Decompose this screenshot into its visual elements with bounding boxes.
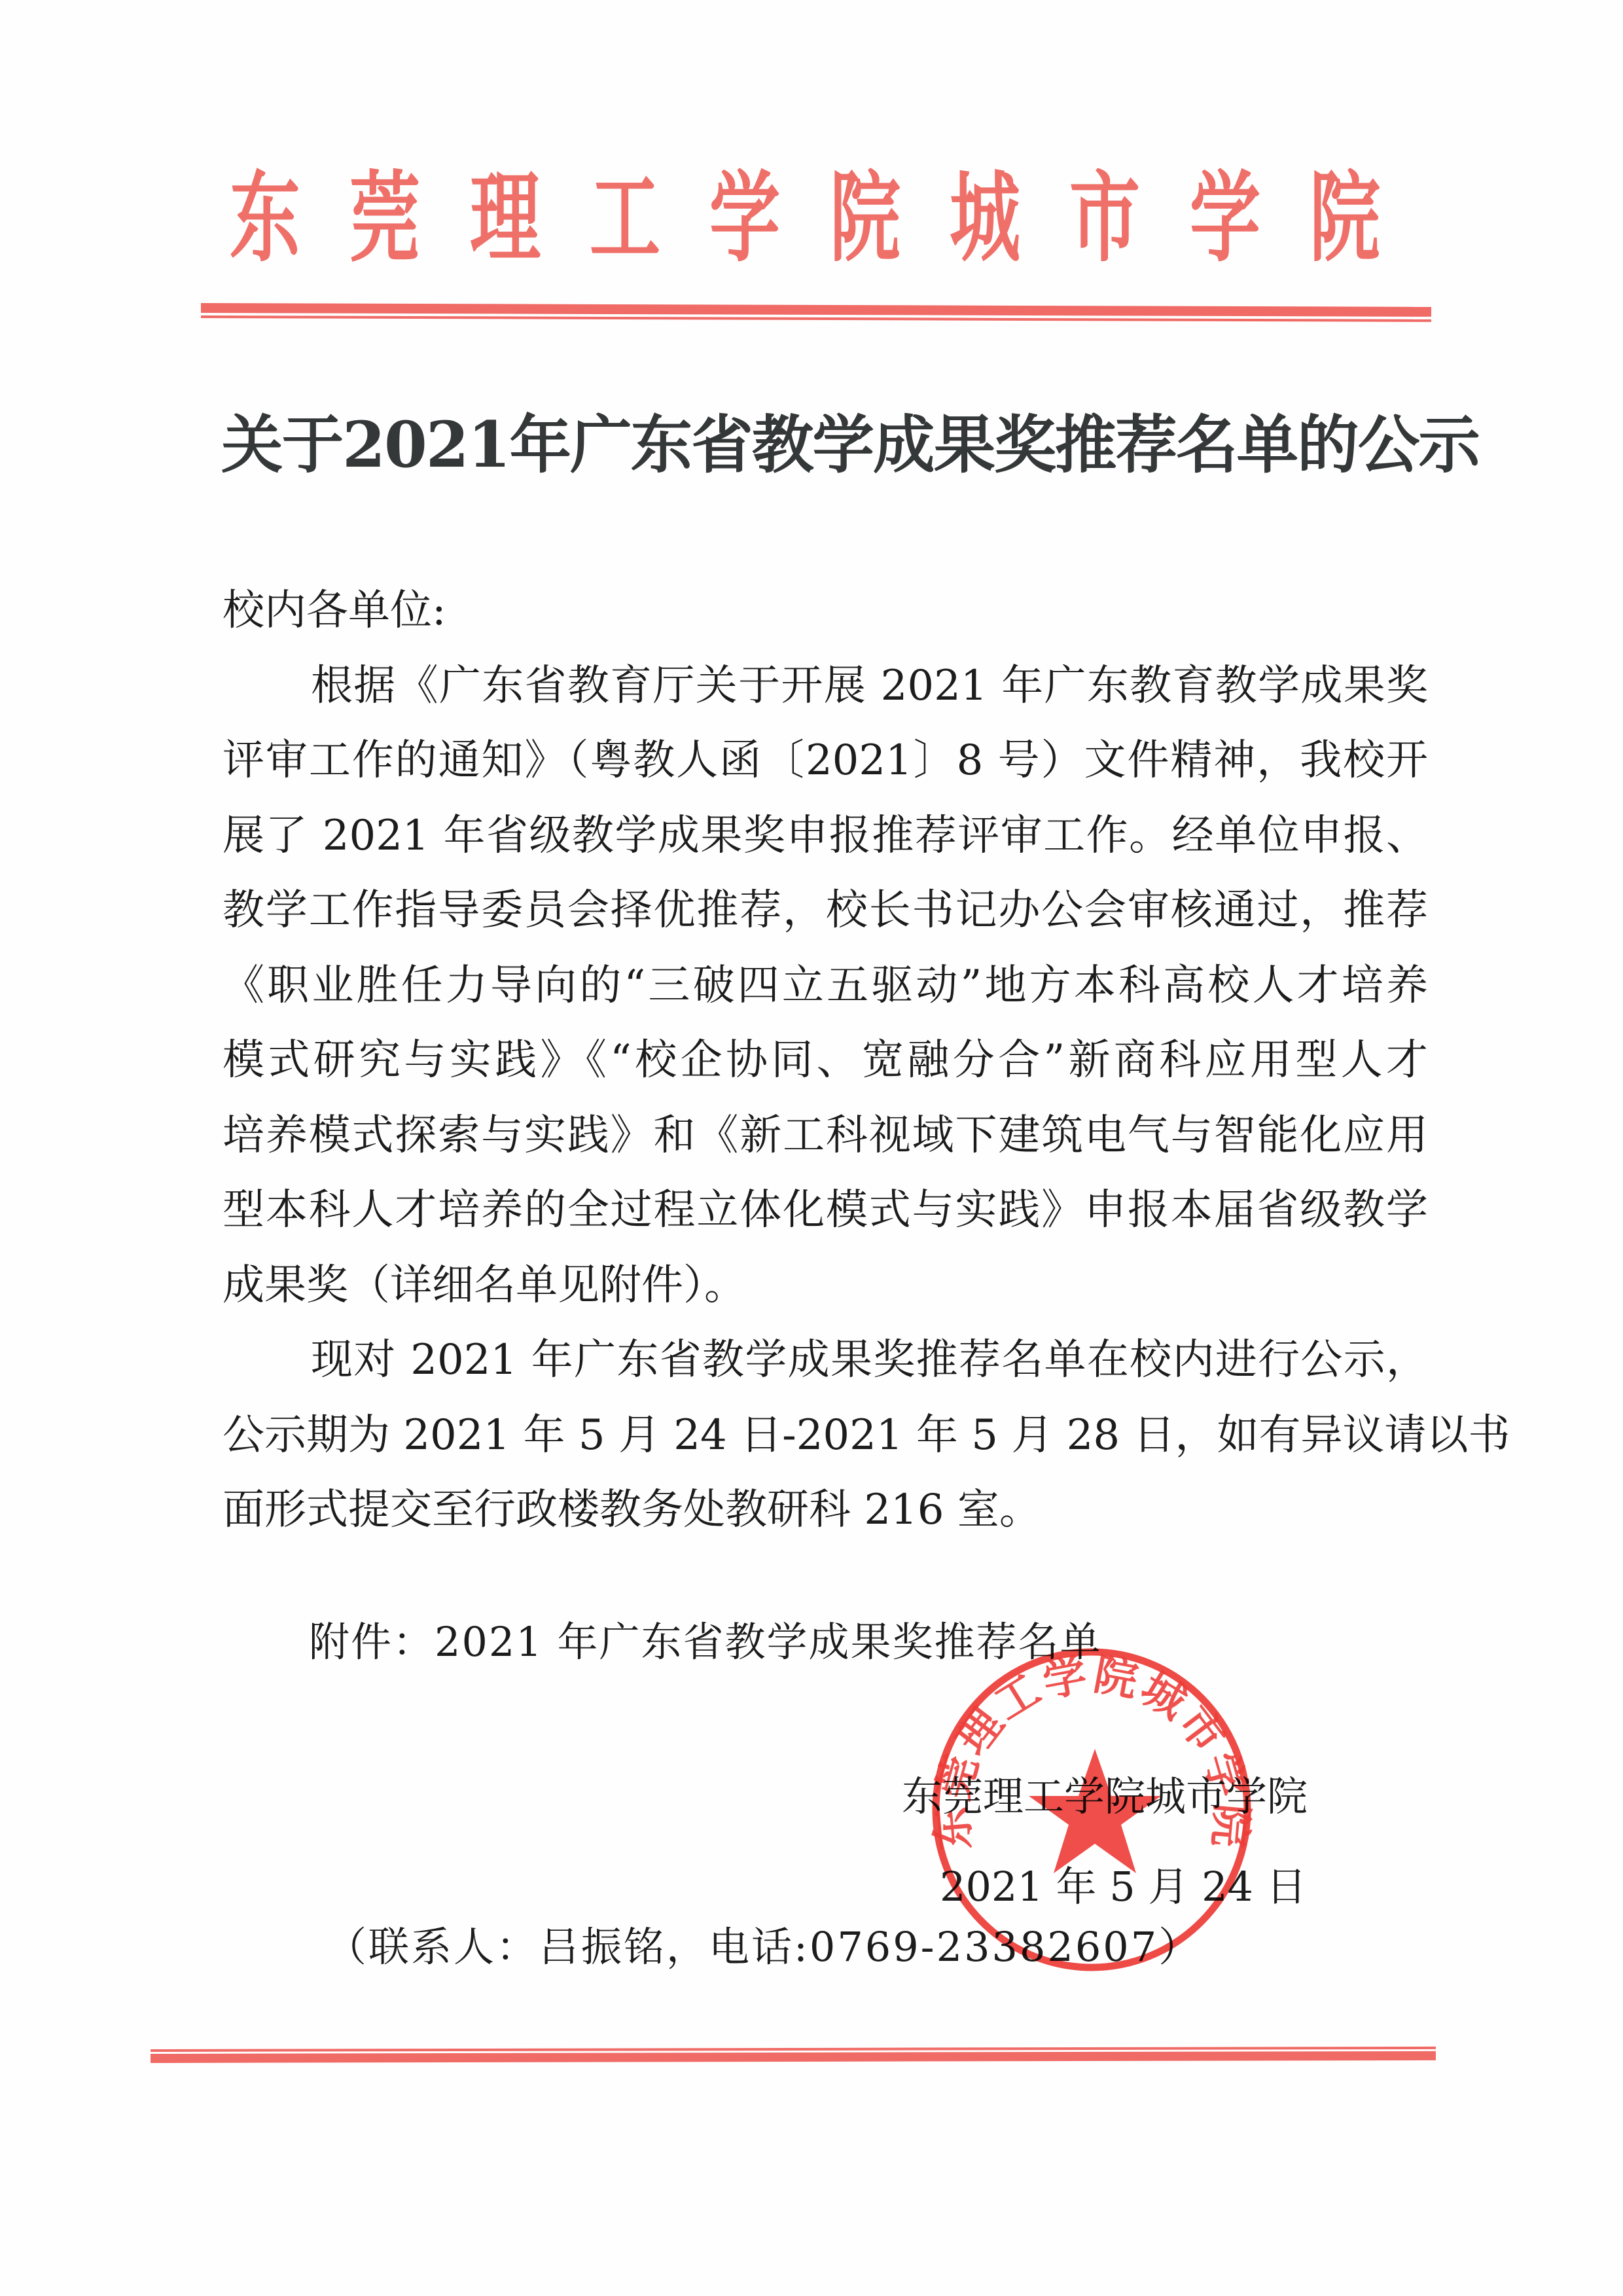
header-rule-thick: [201, 303, 1431, 317]
body-line: 展了 2021 年省级教学成果奖申报推荐评审工作。经单位申报、: [223, 798, 1428, 874]
attachment-line: 附件：2021 年广东省教学成果奖推荐名单: [309, 1605, 1102, 1679]
letterhead-char: 理: [470, 162, 541, 274]
letterhead-char: 城: [950, 162, 1020, 274]
letterhead-char: 学: [1190, 162, 1260, 274]
body-line: 教学工作指导委员会择优推荐，校长书记办公会审核通过，推荐: [223, 873, 1428, 948]
contact-line: （联系人：吕振铭，电话:0769-23382607）: [326, 1911, 1201, 1983]
body-line: 《职业胜任力导向的“三破四立五驱动”地方本科高校人才培养: [223, 948, 1428, 1024]
salutation: 校内各单位:: [223, 573, 1428, 649]
body-line: 模式研究与实践》《“校企协同、宽融分合”新商科应用型人才: [223, 1023, 1428, 1098]
letterhead-char: 东: [230, 162, 300, 274]
letterhead-char: 莞: [349, 162, 420, 274]
signature-organization: 东莞理工学院城市学院: [902, 1761, 1281, 1833]
notice-body: 校内各单位: 根据《广东省教育厅关于开展 2021 年广东教育教学成果奖 评审工…: [223, 573, 1428, 1548]
notice-page: 东 莞 理 工 学 院 城 市 学 院 关于2021年广东省教学成果奖推荐名单的…: [0, 0, 1623, 2296]
body-line: 型本科人才培养的全过程立体化模式与实践》申报本届省级教学: [223, 1173, 1428, 1248]
body-line: 现对 2021 年广东省教学成果奖推荐名单在校内进行公示，: [223, 1323, 1428, 1398]
body-line: 培养模式探索与实践》和《新工科视域下建筑电气与智能化应用: [223, 1098, 1428, 1174]
footer-rule-thick: [151, 2051, 1436, 2063]
letterhead-char: 市: [1069, 162, 1140, 274]
letterhead-char: 院: [830, 162, 901, 274]
header-rule-thin: [201, 315, 1431, 322]
body-line: 公示期为 2021 年 5 月 24 日-2021 年 5 月 28 日，如有异…: [223, 1398, 1428, 1473]
body-line: 面形式提交至行政楼教务处教研科 216 室。: [223, 1473, 1428, 1548]
body-line: 成果奖（详细名单见附件）。: [223, 1248, 1428, 1323]
body-line: 根据《广东省教育厅关于开展 2021 年广东教育教学成果奖: [223, 649, 1428, 724]
letterhead-char: 工: [590, 162, 660, 274]
body-line: 评审工作的通知》（粤教人函〔2021〕8 号）文件精神，我校开: [223, 723, 1428, 798]
letterhead-char: 院: [1310, 162, 1380, 274]
letterhead-char: 学: [709, 162, 780, 274]
letterhead: 东 莞 理 工 学 院 城 市 学 院: [216, 162, 1394, 274]
notice-title: 关于2021年广东省教学成果奖推荐名单的公示: [221, 406, 1414, 484]
